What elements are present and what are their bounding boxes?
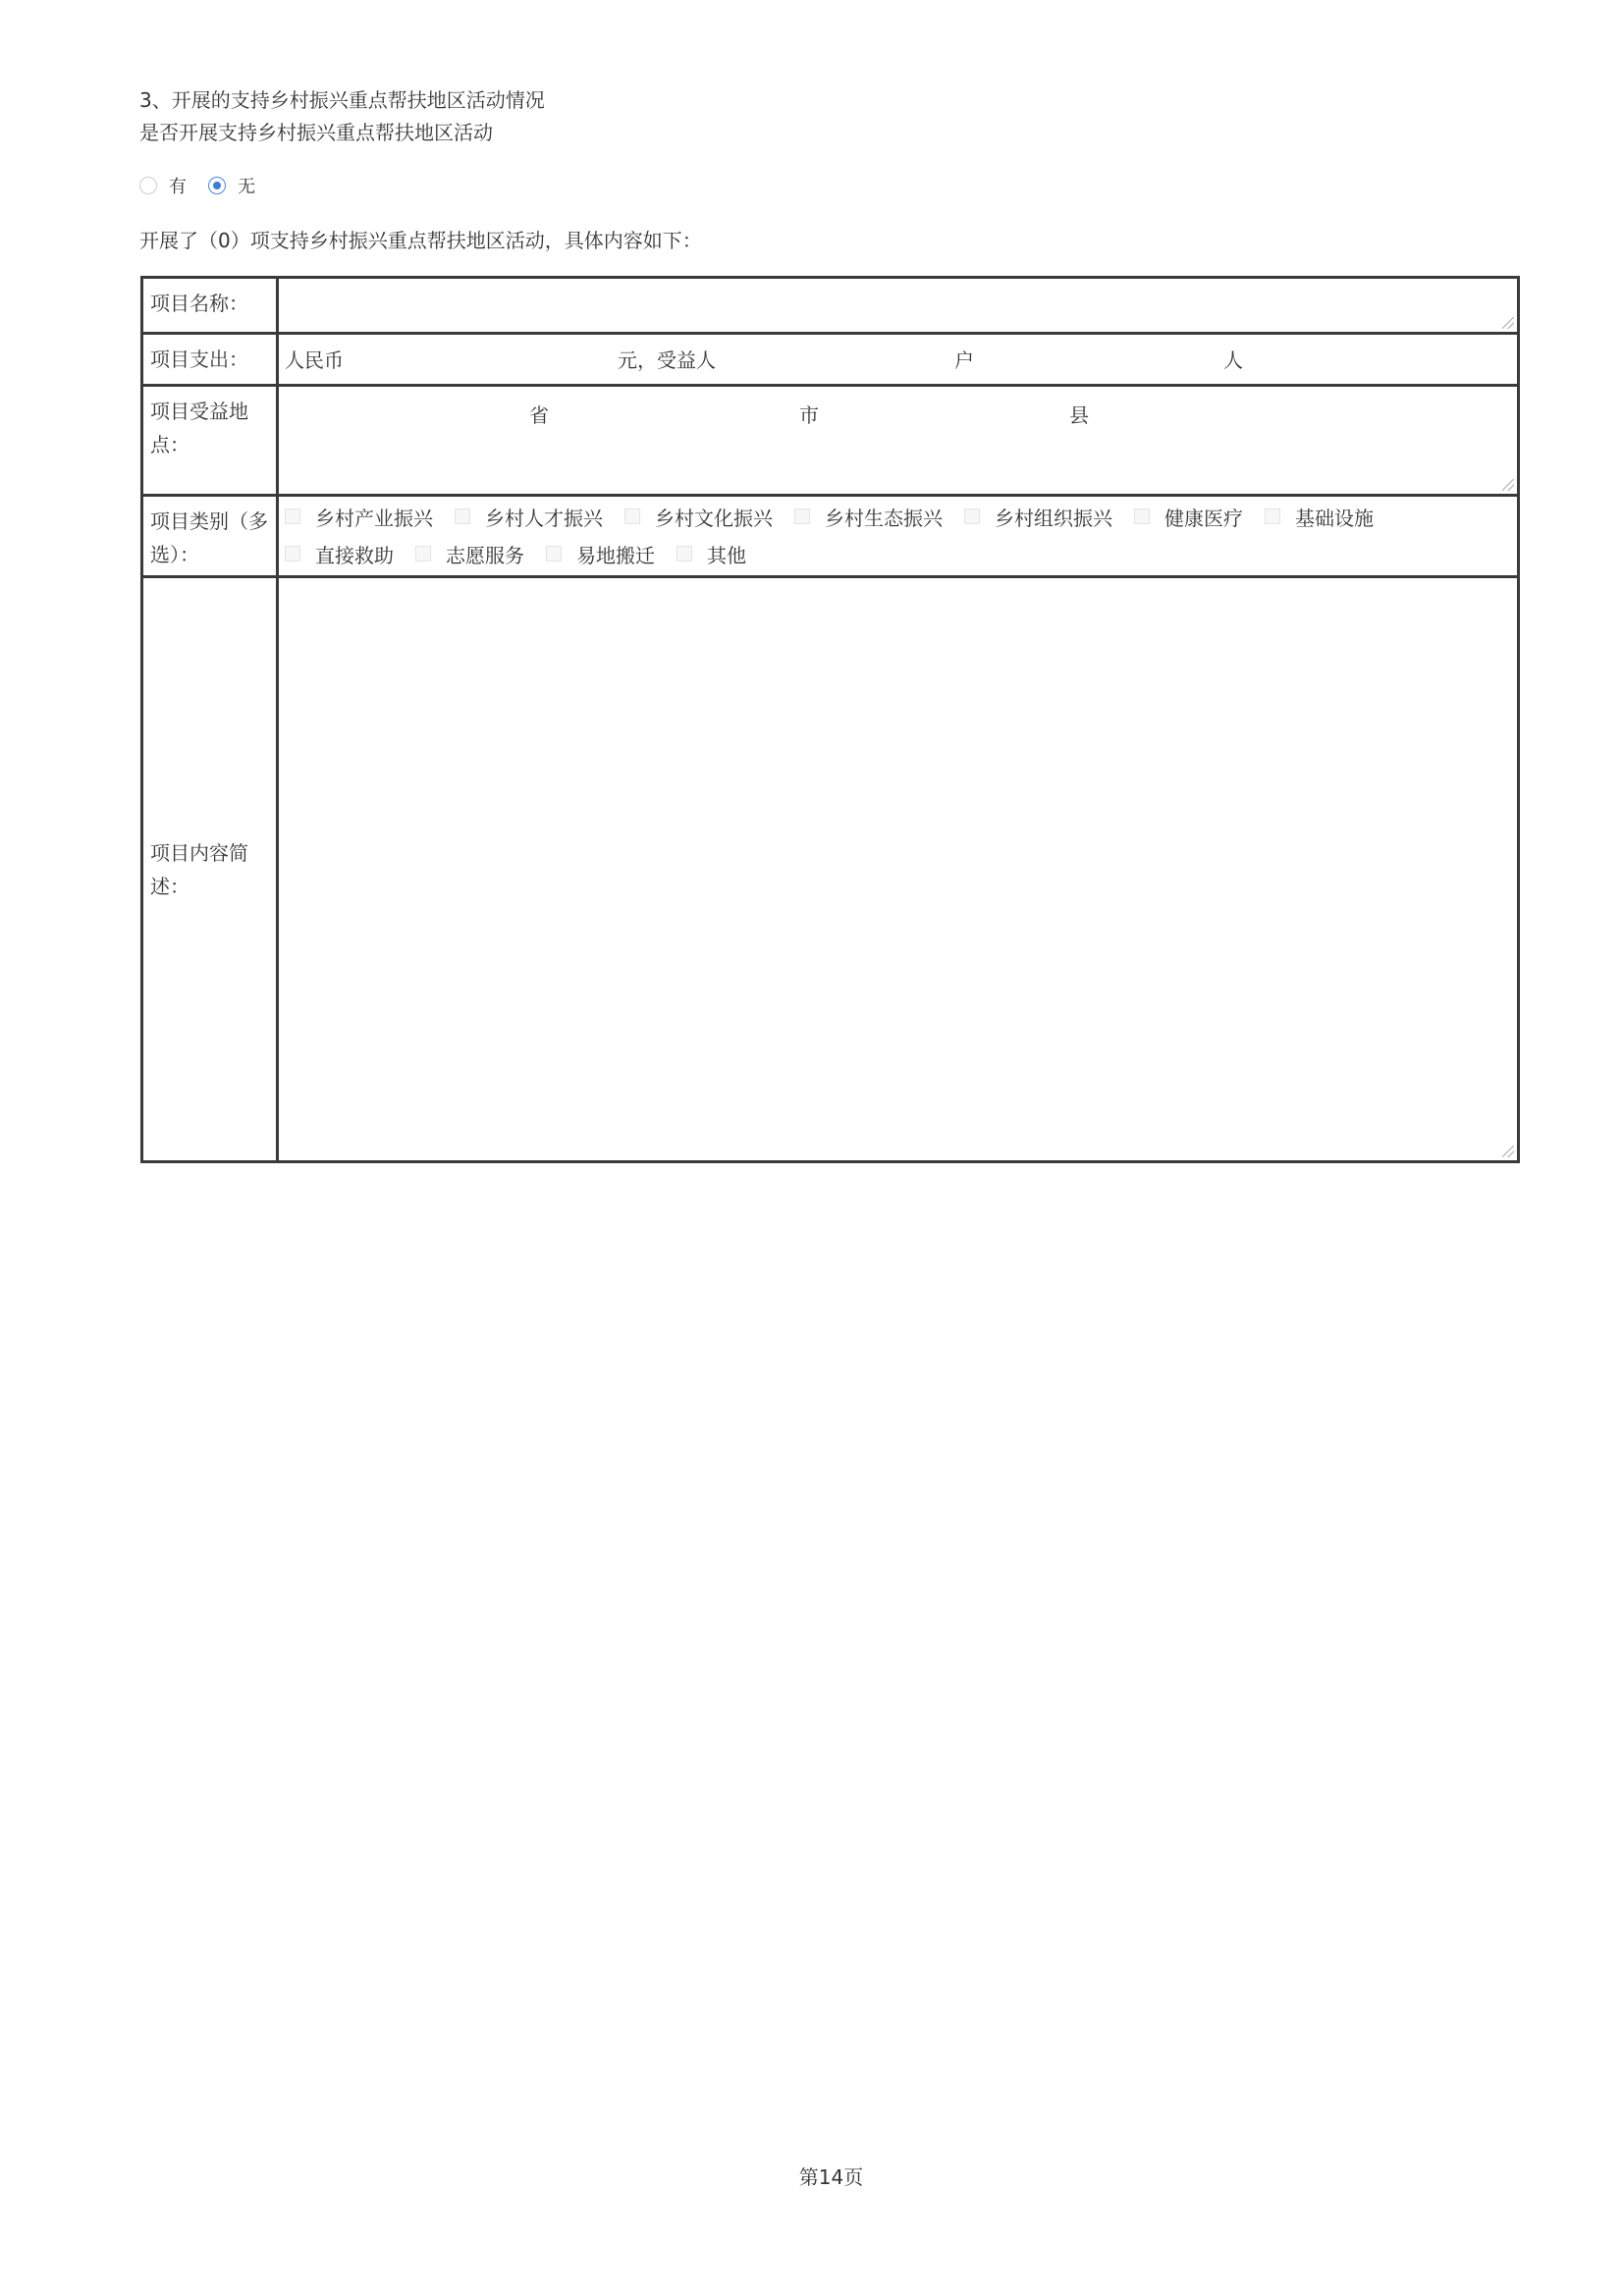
radio-no-circle[interactable] (208, 177, 226, 194)
persons-label: 人 (1223, 345, 1243, 373)
checkbox-icon[interactable] (676, 546, 692, 561)
label-category: 项目类别（多选）： (142, 496, 278, 577)
radio-yes[interactable]: 有 (139, 173, 187, 198)
checkbox-icon[interactable] (794, 508, 810, 524)
category-cell: 乡村产业振兴乡村人才振兴乡村文化振兴乡村生态振兴乡村组织振兴健康医疗基础设施直接… (278, 496, 1519, 577)
category-option-label: 其他 (707, 540, 746, 568)
checkbox-icon[interactable] (415, 546, 431, 561)
county-label: 县 (1069, 400, 1089, 428)
checkbox-icon[interactable] (455, 508, 470, 524)
label-location: 项目受益地点： (142, 386, 278, 496)
category-option[interactable]: 健康医疗 (1134, 502, 1243, 531)
row-project-name: 项目名称： (142, 278, 1519, 334)
question-label: 是否开展支持乡村振兴重点帮扶地区活动 (139, 117, 493, 145)
checkbox-icon[interactable] (1134, 508, 1150, 524)
resize-handle-icon[interactable] (1502, 1146, 1514, 1157)
households-input[interactable] (730, 340, 888, 369)
category-option-label: 志愿服务 (446, 540, 524, 568)
resize-handle-icon[interactable] (1502, 317, 1514, 329)
category-option[interactable]: 易地搬迁 (546, 539, 655, 568)
category-option[interactable]: 乡村组织振兴 (964, 502, 1112, 531)
summary-text: 开展了（0）项支持乡村振兴重点帮扶地区活动，具体内容如下： (139, 225, 702, 253)
checkbox-icon[interactable] (285, 508, 300, 524)
amount-input[interactable] (352, 340, 578, 369)
radio-no[interactable]: 无 (208, 173, 255, 198)
category-option[interactable]: 其他 (676, 539, 746, 568)
project-table: 项目名称： 项目支出： 人民币 元，受益人 户 人 项目受益地点： 省 市 县 … (140, 276, 1520, 1163)
category-option[interactable]: 志愿服务 (415, 539, 524, 568)
label-description: 项目内容简述： (142, 577, 278, 1162)
project-name-input[interactable] (278, 278, 1519, 334)
province-label: 省 (529, 400, 549, 428)
category-option[interactable]: 乡村生态振兴 (794, 502, 943, 531)
radio-yes-circle[interactable] (139, 177, 157, 194)
city-label: 市 (799, 400, 819, 428)
currency-label: 人民币 (285, 345, 344, 373)
category-option-label: 乡村文化振兴 (655, 503, 773, 531)
category-option-label: 乡村人才振兴 (485, 503, 603, 531)
row-description: 项目内容简述： (142, 577, 1519, 1162)
category-option-label: 健康医疗 (1164, 503, 1243, 531)
category-option[interactable]: 基础设施 (1265, 502, 1374, 531)
category-option-label: 易地搬迁 (576, 540, 655, 568)
section-title: 3、开展的支持乡村振兴重点帮扶地区活动情况 (139, 84, 545, 113)
radio-yes-label: 有 (169, 173, 187, 198)
page-number: 第14页 (0, 2162, 1623, 2190)
row-category: 项目类别（多选）： 乡村产业振兴乡村人才振兴乡村文化振兴乡村生态振兴乡村组织振兴… (142, 496, 1519, 577)
checkbox-icon[interactable] (285, 546, 300, 561)
category-option-label: 乡村生态振兴 (825, 503, 943, 531)
category-option-label: 乡村产业振兴 (315, 503, 433, 531)
checkbox-icon[interactable] (546, 546, 562, 561)
checkbox-icon[interactable] (1265, 508, 1280, 524)
label-expense: 项目支出： (142, 334, 278, 386)
radio-no-label: 无 (238, 173, 255, 198)
expense-cell: 人民币 元，受益人 户 人 (278, 334, 1519, 386)
row-location: 项目受益地点： 省 市 县 (142, 386, 1519, 496)
checkbox-icon[interactable] (964, 508, 980, 524)
category-option[interactable]: 乡村人才振兴 (455, 502, 603, 531)
yuan-beneficiary-label: 元，受益人 (618, 345, 716, 373)
category-option[interactable]: 直接救助 (285, 539, 394, 568)
location-cell[interactable]: 省 市 县 (278, 386, 1519, 496)
resize-handle-icon[interactable] (1502, 479, 1514, 491)
category-option-label: 直接救助 (315, 540, 394, 568)
label-project-name: 项目名称： (142, 278, 278, 334)
households-label: 户 (954, 345, 974, 373)
category-option-label: 乡村组织振兴 (995, 503, 1112, 531)
description-textarea[interactable] (278, 577, 1519, 1162)
category-option[interactable]: 乡村产业振兴 (285, 502, 433, 531)
checkbox-icon[interactable] (624, 508, 640, 524)
persons-input[interactable] (986, 340, 1202, 369)
category-option-label: 基础设施 (1295, 503, 1374, 531)
category-checkbox-group: 乡村产业振兴乡村人才振兴乡村文化振兴乡村生态振兴乡村组织振兴健康医疗基础设施直接… (279, 497, 1517, 568)
activity-radio-group: 有 无 (139, 173, 277, 198)
row-expense: 项目支出： 人民币 元，受益人 户 人 (142, 334, 1519, 386)
category-option[interactable]: 乡村文化振兴 (624, 502, 773, 531)
